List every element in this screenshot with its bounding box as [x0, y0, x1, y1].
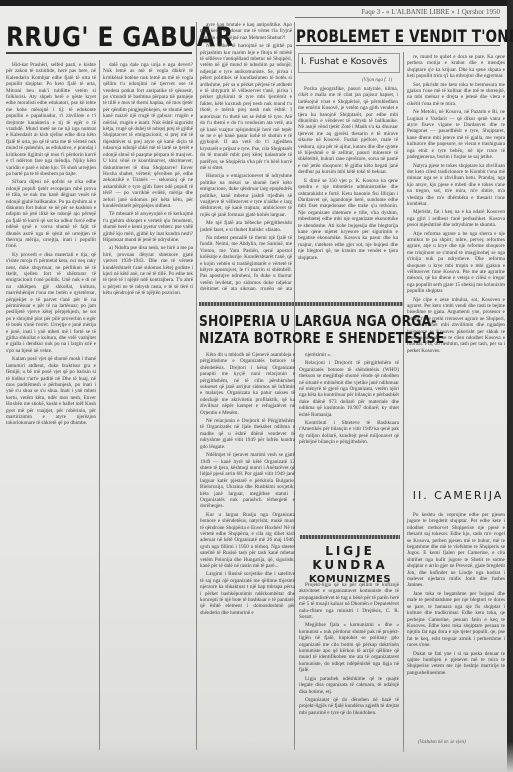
section-title-camerija: II. CAMERIJA [408, 489, 508, 502]
headline-shqiperia: SHOIPERIA U LARGUA NGA ORGA- NIZATA BOTR… [199, 313, 370, 347]
paragraph: Të mbesarë të arsyeyojnë e të kerkojmë t… [103, 211, 193, 243]
paragraph: Kalam posë vjet që shumë mosh i thanë la… [6, 356, 96, 426]
paragraph: Atje reforma agrare u be nga sherra e nj… [407, 231, 505, 295]
article-column-3: ayre kaq brutale e kaq antipolitike. Apo… [200, 22, 292, 290]
paragraph: Megjithse fjala « komunizmi » dhe « komu… [299, 622, 399, 673]
paragraph: Në relacjonin e Drejtorit të Përgjithshë… [200, 418, 295, 450]
paragraph: a) Ndofta pse disa nesh, ne hirë a me pa… [103, 245, 193, 296]
paragraph: Ky proverb e disa materiali e tija, që s… [6, 252, 96, 355]
paragraph: Largimi i Rusisë sovjetike dhe i satelit… [200, 571, 295, 616]
newspaper-page: Faqe 3 - « L'ALBANIE LIBRE » 1 Qershor 1… [0, 0, 513, 772]
problemet-column-b: re, mund te quhet e dora se pare. Ka qen… [407, 54, 505, 482]
paragraph: Kur u largua Rusija nga Organizata botno… [200, 512, 295, 570]
section-title-fushat: I. Fushat e Kosovës [301, 57, 387, 67]
paragraph: Historija e emigracionevet të ndryshme p… [200, 173, 292, 218]
paragraph: E dimë se 350 vjet p. K. Kosova ka qene … [298, 178, 398, 261]
scan-top-edge [0, 0, 513, 6]
continued-note: (Vijon nga f. 1) [362, 78, 392, 83]
paragraph: Ne Metohi, në Kosova, në Pazarin e Ri, n… [407, 109, 505, 160]
article-column-2: dalë nga dale nga urija e nga deveri? Nu… [103, 62, 193, 752]
folio-rule [295, 17, 500, 18]
paragraph: Ligja parashek ndëshkime që te quajtë il… [299, 676, 399, 695]
paragraph: Si'bara dijeni në qofshi se n'ka edhe nd… [6, 179, 96, 249]
paragraph: Kontributi i Shteteve të Bashkuara t'Ame… [299, 420, 399, 446]
shqiperia-column-b: njerëzimit ». Relacjoni i Drejtorit të p… [299, 352, 399, 527]
headline-ligje: LIGJE KUNDRA KOMUNIZMES [300, 544, 400, 585]
column-divider [196, 22, 197, 750]
headline-line: NIZATA BOTRORE E SHENDETESISE [199, 330, 370, 347]
headline-rrug-e-gabuar: RRUG' E GABUAR [6, 22, 166, 53]
paragraph: Relacjoni i Drejtorit të përgjithshëm të… [299, 360, 399, 418]
paragraph: Hid-kat Prashëri, selfed pasti, e kishte… [6, 62, 96, 177]
headline-problemet: PROBLEMET E VENDIT T'ONE [296, 27, 464, 47]
problemet-column-a: Pozita gjeografike, pasuri natyrale, kli… [298, 86, 398, 286]
column-divider [403, 52, 404, 752]
paragraph: Me një fjalë ata bëhecke përgjithesisht … [200, 220, 292, 233]
paragraph: Dukat se fati yne i si na paska denuar t… [407, 651, 505, 677]
paragraph: Mjerisht, fat i keq na e ka ndarë Kosove… [407, 209, 505, 228]
problemet-column-c: Po keshtu do veprojme edhe per pjesen ju… [407, 512, 505, 737]
ligje-column: Projekt-ligja që ka për qëllim të kufizo… [299, 582, 399, 750]
column-divider [99, 60, 100, 750]
paragraph: Na mbetet pesnallë të themi një fjalë të… [200, 235, 292, 290]
paragraph: Natyra pjese te tokes shqiptare ka zhvil… [407, 163, 505, 208]
paragraph: Organizatat që do dënohen në bazë të pro… [299, 697, 399, 716]
paragraph: Pozita gjeografike, pasuri natyrale, kli… [298, 86, 398, 176]
decorative-dash-bar [199, 302, 403, 306]
scan-bottom-edge [0, 742, 513, 772]
headline-line: LIGJE KUNDRA [300, 544, 400, 572]
paragraph: Nuk duhet të harrojmë se të gjithë pa pë… [200, 43, 292, 171]
paragraph: njerëzimit ». [299, 352, 399, 358]
paragraph: Sot, pikrisht me keto toka te bremosura … [407, 82, 505, 108]
article-column-1: Hid-kat Prashëri, selfed pasti, e kishte… [6, 62, 96, 752]
paragraph: Ndëlmjet të tjeravet marimi vesh se gjat… [200, 452, 295, 510]
paragraph: ayre kaq brutale e kaq antipolitike. Apo… [200, 22, 292, 41]
headline-rule [6, 52, 192, 54]
headline-rule [296, 45, 500, 46]
paragraph: Jane toka te begatshme per bujqesi dhe m… [407, 591, 505, 649]
shqiperia-column-a: Këto dit u mblodh në Gjenevë asambleja e… [200, 352, 295, 750]
paragraph: dalë nga dale nga urija e nga deveri? Nu… [103, 62, 193, 209]
decorative-dash-bar [300, 535, 400, 539]
headline-line: SHOIPERIA U LARGUA NGA ORGA- [199, 313, 370, 330]
scan-right-edge [507, 0, 513, 772]
paragraph: Projekt-ligja që ka për qëllim të kufizo… [299, 582, 399, 620]
paragraph: re, mund te quhet e dora se pare. Ka qen… [407, 54, 505, 80]
page-folio: Faqe 3 - « L'ALBANIE LIBRE » 1 Qershor 1… [360, 8, 500, 16]
paragraph: Këto dit u mblodh në Gjenevë asambleja e… [200, 352, 295, 416]
paragraph: Po keshtu do veprojme edhe per pjesen ju… [407, 512, 505, 589]
